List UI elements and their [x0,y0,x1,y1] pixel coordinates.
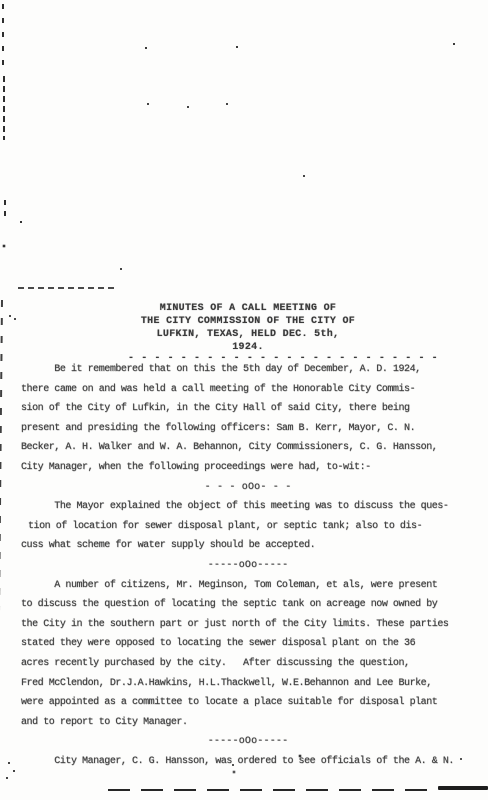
left-edge-tick-marks-middle [3,76,5,140]
bottom-page-edge-line-end [438,786,488,790]
document-line: A number of citizens, Mr. Meginson, Tom … [21,576,475,596]
title-line-2: THE CITY COMMISSION OF THE CITY OF [24,315,472,328]
document-line: and to report to City Manager. [21,713,475,733]
document-title: MINUTES OF A CALL MEETING OF THE CITY CO… [24,302,472,354]
left-edge-tear-line [0,300,3,798]
document-line: Becker, A. H. Walker and W. A. Behannon,… [21,438,475,458]
document-body: Be it remembered that on this the 5th da… [21,360,475,771]
title-line-1: MINUTES OF A CALL MEETING OF [24,302,472,315]
document-line: Fred McClendon, Dr.J.A.Hawkins, H.L.Thac… [21,674,475,694]
document-line: The Mayor explained the object of this m… [21,497,475,517]
ink-speck-dots [0,0,2,2]
document-line: Be it remembered that on this the 5th da… [21,360,475,380]
section-separator: -----oOo----- [21,732,475,752]
document-line: City Manager, C. G. Hansson, was ordered… [21,752,475,772]
left-edge-tick-marks-small [4,200,6,220]
document-line: there came on and was held a call meetin… [21,380,475,400]
document-line: sion of the City of Lufkin, in the City … [21,399,475,419]
section-separator: -----oOo----- [21,556,475,576]
left-edge-tick-marks-top [2,4,4,68]
document-line: City Manager, when the following proceed… [21,458,475,478]
scanned-page: MINUTES OF A CALL MEETING OF THE CITY CO… [0,0,488,800]
title-line-3: LUFKIN, TEXAS, HELD DEC. 5th, [24,328,472,341]
pencil-dash-marks [18,287,116,289]
document-line: acres recently purchased by the city. Af… [21,654,475,674]
bottom-page-edge-line [108,789,438,791]
section-separator: - - - oOo- - - [21,478,475,498]
document-line: tion of location for sewer disposal plan… [21,517,475,537]
document-line: were appointed as a committee to locate … [21,693,475,713]
document-line: cuss what scheme for water supply should… [21,536,475,556]
document-line: stated they were opposed to locating the… [21,634,475,654]
document-line: to discuss the question of locating the … [21,595,475,615]
document-line: the City in the southern part or just no… [21,615,475,635]
document-line: present and presiding the following offi… [21,419,475,439]
